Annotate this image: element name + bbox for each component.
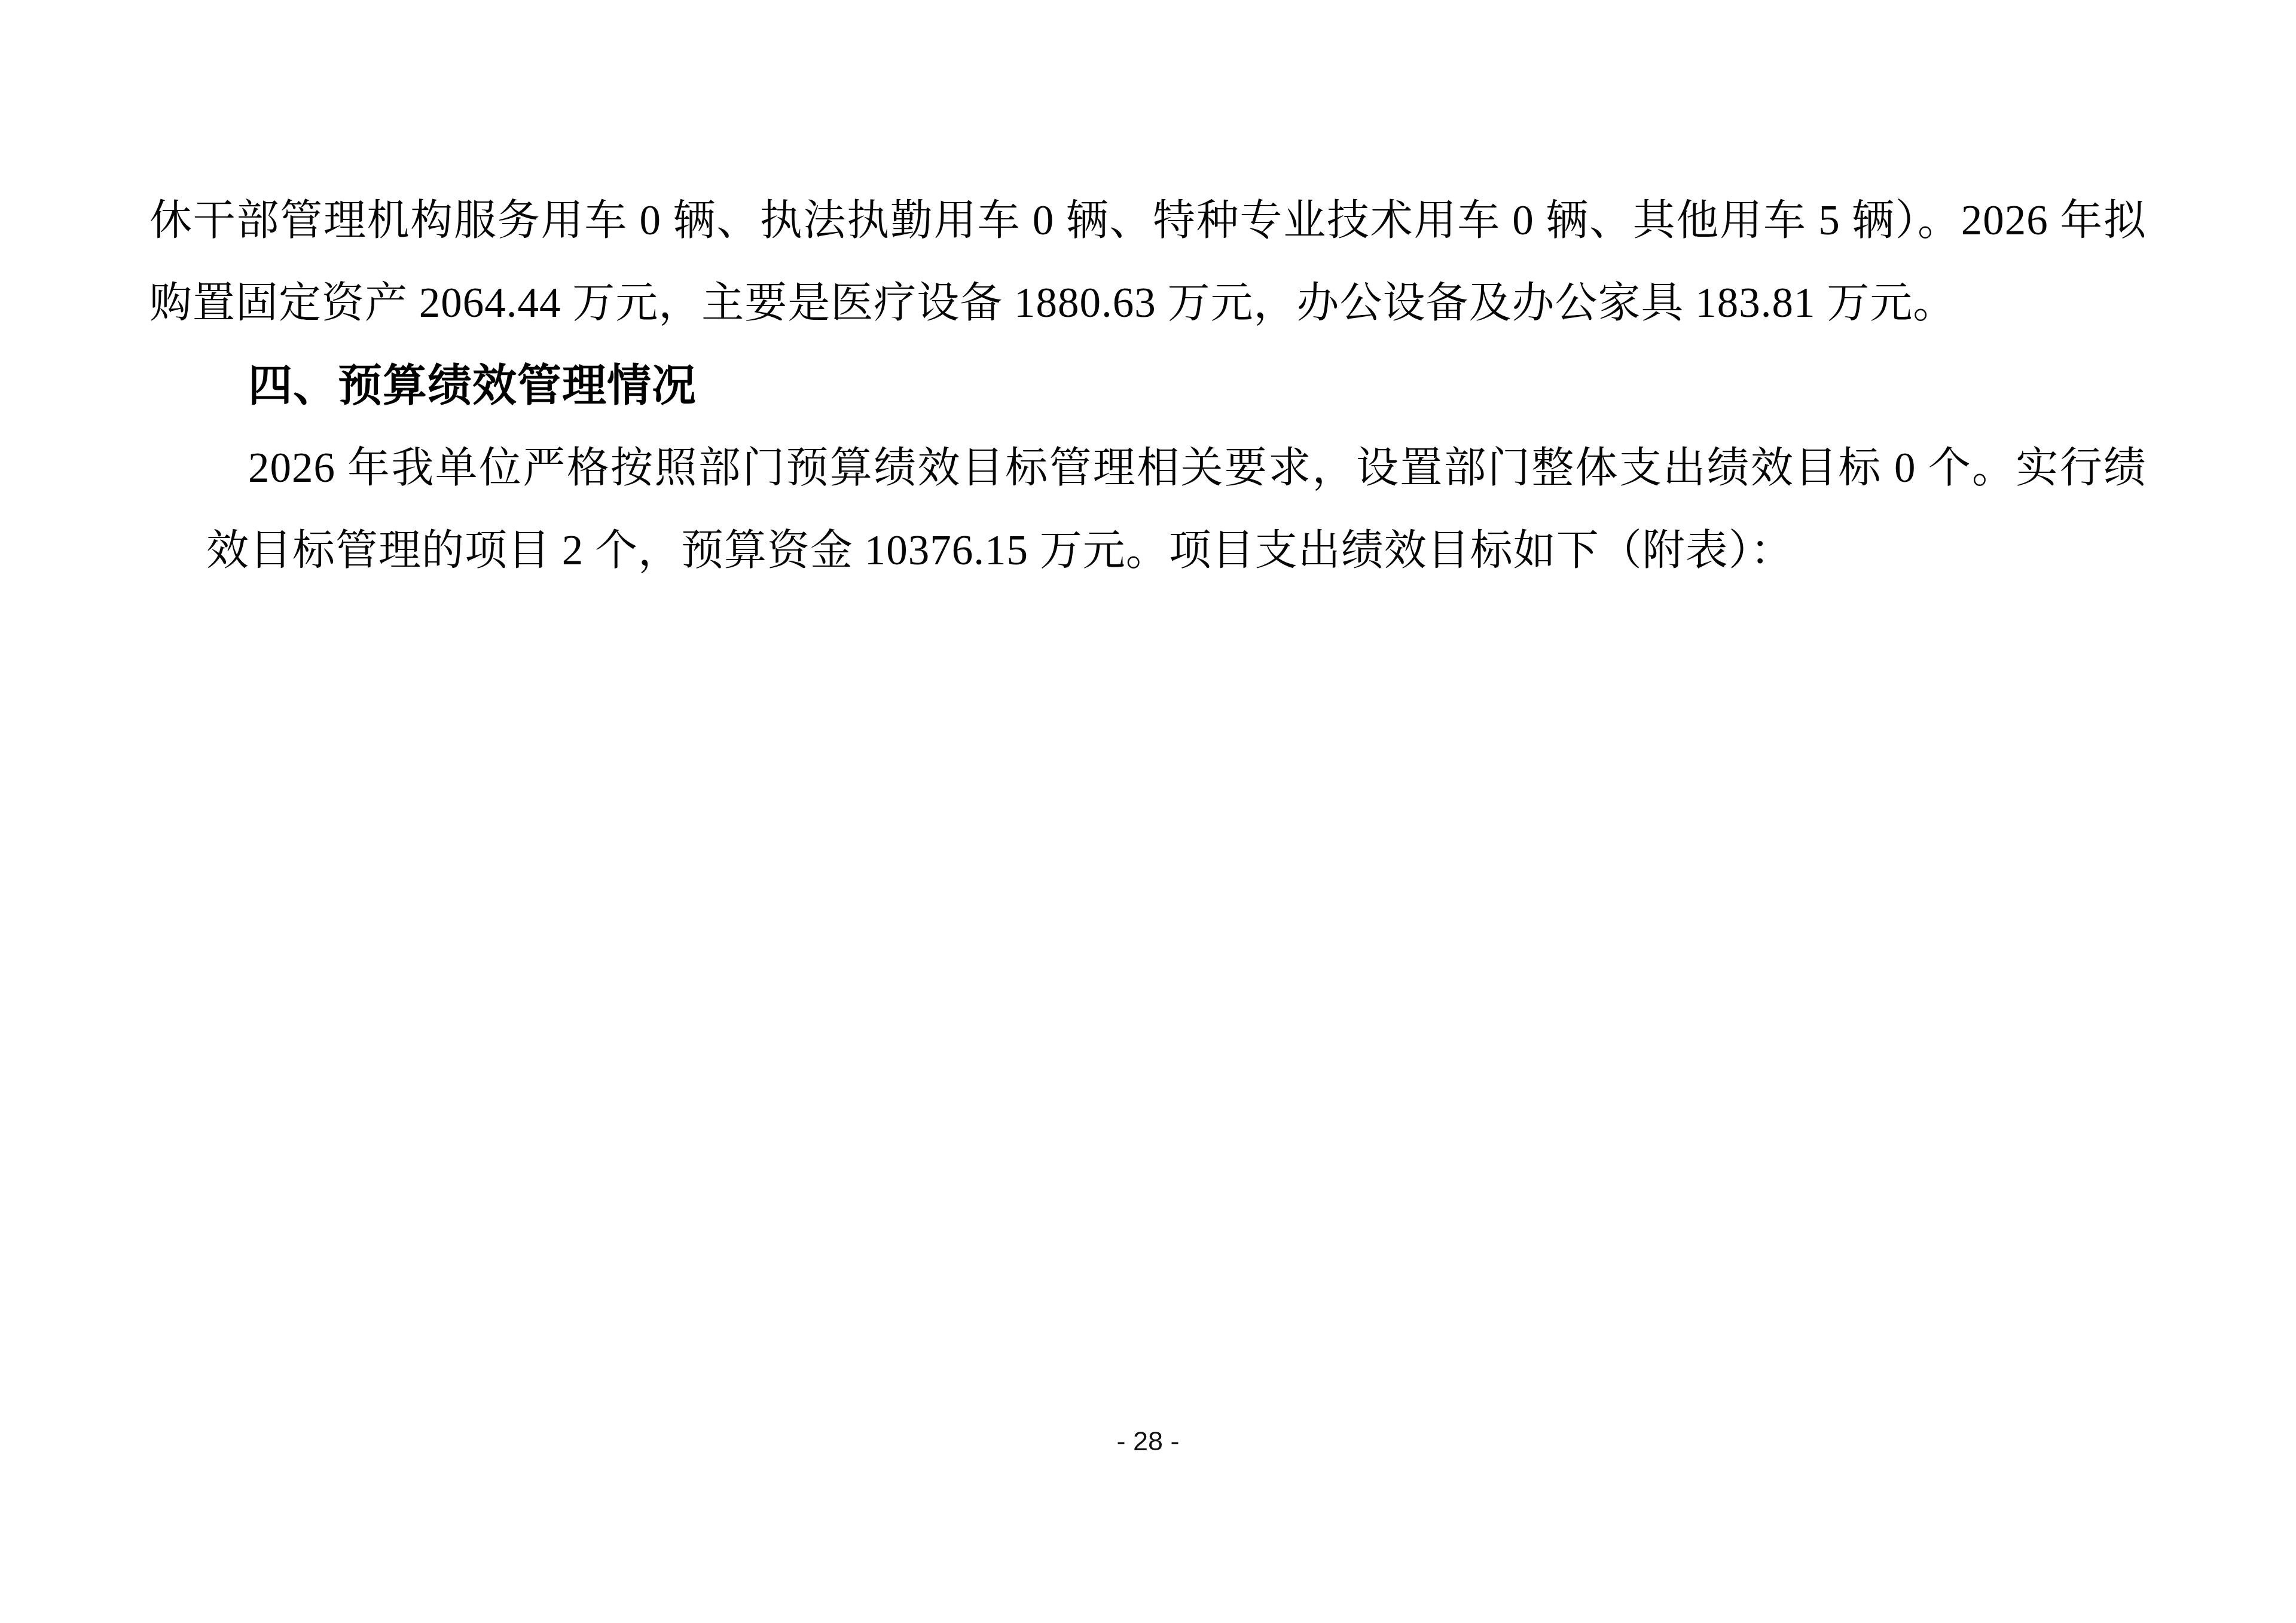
body-line-2: 购置固定资产 2064.44 万元，主要是医疗设备 1880.63 万元，办公设… [149,262,2147,344]
text-block: 休干部管理机构服务用车 0 辆、执法执勤用车 0 辆、特种专业技术用车 0 辆、… [149,179,2147,592]
body-line-1: 休干部管理机构服务用车 0 辆、执法执勤用车 0 辆、特种专业技术用车 0 辆、… [149,179,2147,262]
page-number: - 28 - [0,1428,2296,1454]
body-line-4: 效目标管理的项目 2 个，预算资金 10376.15 万元。项目支出绩效目标如下… [206,509,2147,592]
document-page: 休干部管理机构服务用车 0 辆、执法执勤用车 0 辆、特种专业技术用车 0 辆、… [0,0,2296,1623]
body-line-3: 2026 年我单位严格按照部门预算绩效目标管理相关要求，设置部门整体支出绩效目标… [248,427,2147,509]
section-heading: 四、预算绩效管理情况 [248,344,2147,427]
